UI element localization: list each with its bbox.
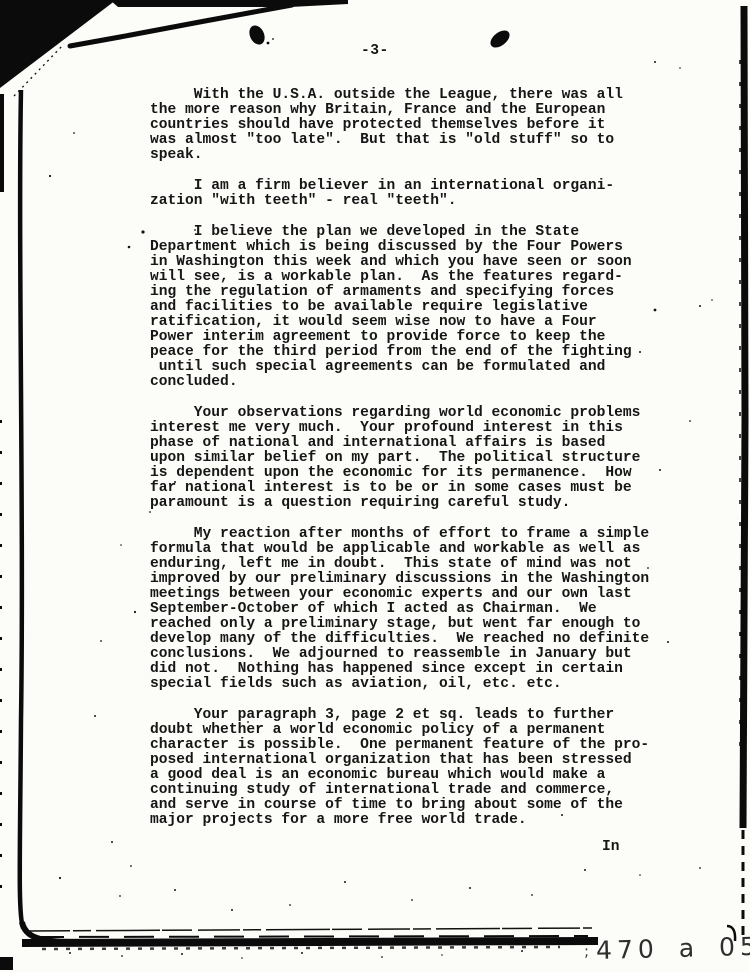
bottom-edge-artifact	[0, 928, 598, 970]
page-top-edge-artifact	[14, 5, 292, 96]
handwritten-annotation: ;470 a 05	[584, 932, 750, 966]
page-number: -3-	[361, 43, 389, 59]
paragraph: I believe the plan we developed in the S…	[150, 225, 649, 390]
catchword: In	[602, 839, 620, 855]
right-edge-artifact	[727, 6, 745, 941]
annotation-text: 470 a 05	[596, 932, 750, 965]
paragraph: Your paragraph 3, page 2 et sq. leads to…	[150, 708, 649, 828]
scanned-letter-page: -3- With the U.S.A. outside the League, …	[0, 0, 750, 972]
paragraph: My reaction after months of effort to fr…	[150, 527, 649, 692]
paragraph: Your observations regarding world econom…	[150, 406, 649, 511]
paragraph: With the U.S.A. outside the League, ther…	[150, 88, 649, 163]
annotation-mark: ;	[584, 942, 590, 960]
paragraph: I am a firm believer in an international…	[150, 179, 649, 209]
corner-fold-artifact	[0, 0, 348, 88]
left-edge-artifact	[0, 90, 72, 942]
letter-body: With the U.S.A. outside the League, ther…	[150, 88, 649, 844]
